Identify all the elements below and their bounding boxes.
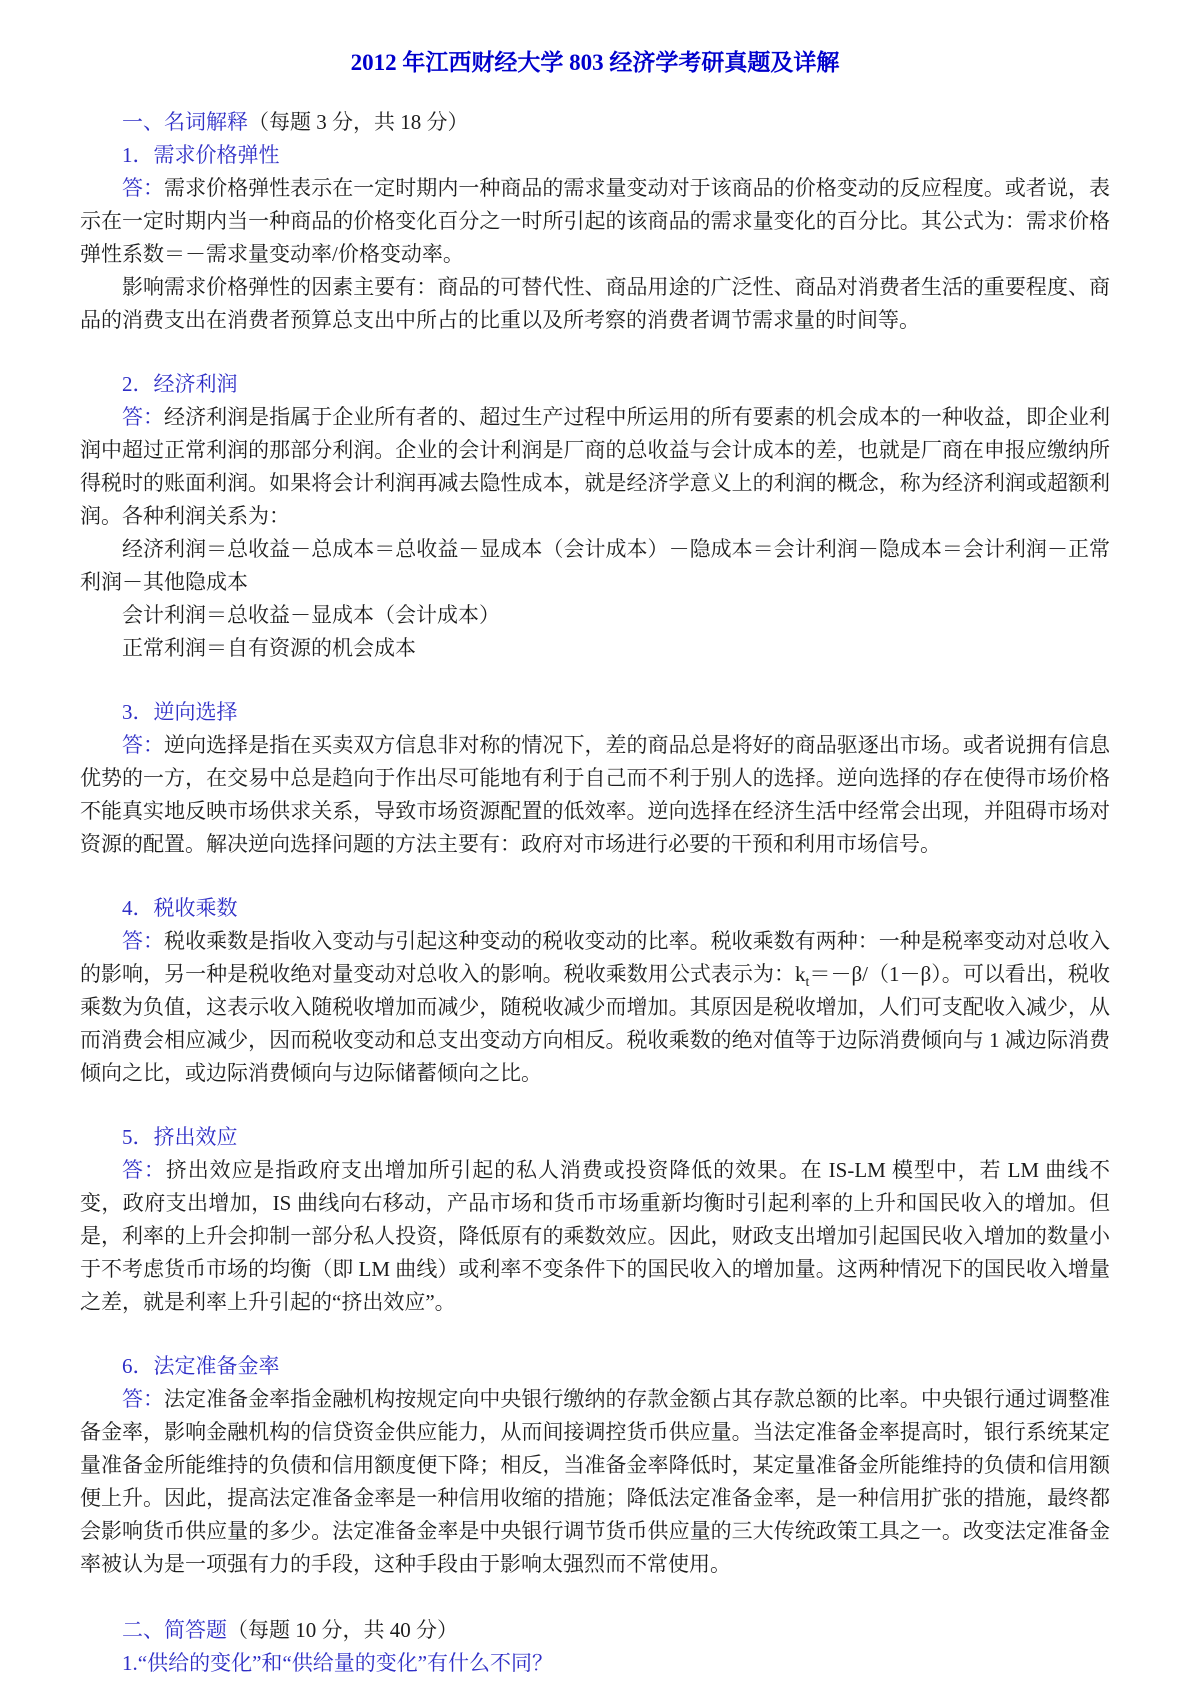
item-2-answer-paragraph-1: 答：经济利润是指属于企业所有者的、超过生产过程中所运用的所有要素的机会成本的一种… (80, 401, 1110, 533)
section-2-question-1: 1.“供给的变化”和“供给量的变化”有什么不同？ (80, 1647, 1110, 1680)
item-6-answer-paragraph-1: 答：法定准备金率指金融机构按规定向中央银行缴纳的存款金额占其存款总额的比率。中央… (80, 1383, 1110, 1581)
section-1-score-note: （每题 3 分，共 18 分） (248, 110, 469, 134)
answer-label: 答： (122, 1158, 166, 1182)
item-2-answer-text: 经济利润是指属于企业所有者的、超过生产过程中所运用的所有要素的机会成本的一种收益… (80, 405, 1110, 528)
item-1-title: 1．需求价格弹性 (80, 139, 1110, 172)
item-5-answer-paragraph-1: 答：挤出效应是指政府支出增加所引起的私人消费或投资降低的效果。在 IS-LM 模… (80, 1154, 1110, 1319)
section-1-heading-label: 一、名词解释 (122, 110, 248, 134)
section-2-score-note: （每题 10 分，共 40 分） (227, 1618, 458, 1642)
item-4-answer-paragraph-1: 答：税收乘数是指收入变动与引起这种变动的税收变动的比率。税收乘数有两种：一种是税… (80, 925, 1110, 1090)
answer-label: 答： (122, 733, 164, 757)
section-2-heading-label: 二、简答题 (122, 1618, 227, 1642)
item-2-formula-accounting-profit: 会计利润＝总收益－显成本（会计成本） (80, 599, 1110, 632)
document-page: 2012 年江西财经大学 803 经济学考研真题及详解 一、名词解释（每题 3 … (0, 0, 1190, 1683)
section-1-heading: 一、名词解释（每题 3 分，共 18 分） (80, 106, 1110, 139)
item-2-formula-normal-profit: 正常利润＝自有资源的机会成本 (80, 632, 1110, 665)
item-2-formula-economic-profit: 经济利润＝总收益－总成本＝总收益－显成本（会计成本）－隐成本＝会计利润－隐成本＝… (80, 533, 1110, 599)
item-1-answer-paragraph-2: 影响需求价格弹性的因素主要有：商品的可替代性、商品用途的广泛性、商品对消费者生活… (80, 271, 1110, 337)
item-5-answer-text: 挤出效应是指政府支出增加所引起的私人消费或投资降低的效果。在 IS-LM 模型中… (80, 1158, 1110, 1314)
answer-label: 答： (122, 176, 164, 200)
item-1-answer-paragraph-1: 答：需求价格弹性表示在一定时期内一种商品的需求量变动对于该商品的价格变动的反应程… (80, 172, 1110, 271)
item-5-title: 5．挤出效应 (80, 1121, 1110, 1154)
item-1-answer-text: 需求价格弹性表示在一定时期内一种商品的需求量变动对于该商品的价格变动的反应程度。… (80, 176, 1110, 266)
item-6-title: 6．法定准备金率 (80, 1350, 1110, 1383)
answer-label: 答： (122, 405, 164, 429)
item-2-title: 2．经济利润 (80, 368, 1110, 401)
item-3-answer-paragraph-1: 答：逆向选择是指在买卖双方信息非对称的情况下，差的商品总是将好的商品驱逐出市场。… (80, 729, 1110, 861)
document-title: 2012 年江西财经大学 803 经济学考研真题及详解 (80, 46, 1110, 80)
answer-label: 答： (122, 1387, 164, 1411)
item-6-answer-text: 法定准备金率指金融机构按规定向中央银行缴纳的存款金额占其存款总额的比率。中央银行… (80, 1387, 1110, 1576)
item-3-answer-text: 逆向选择是指在买卖双方信息非对称的情况下，差的商品总是将好的商品驱逐出市场。或者… (80, 733, 1110, 856)
item-3-title: 3．逆向选择 (80, 696, 1110, 729)
section-2-heading: 二、简答题（每题 10 分，共 40 分） (80, 1614, 1110, 1647)
answer-label: 答： (122, 929, 164, 953)
item-4-title: 4．税收乘数 (80, 892, 1110, 925)
